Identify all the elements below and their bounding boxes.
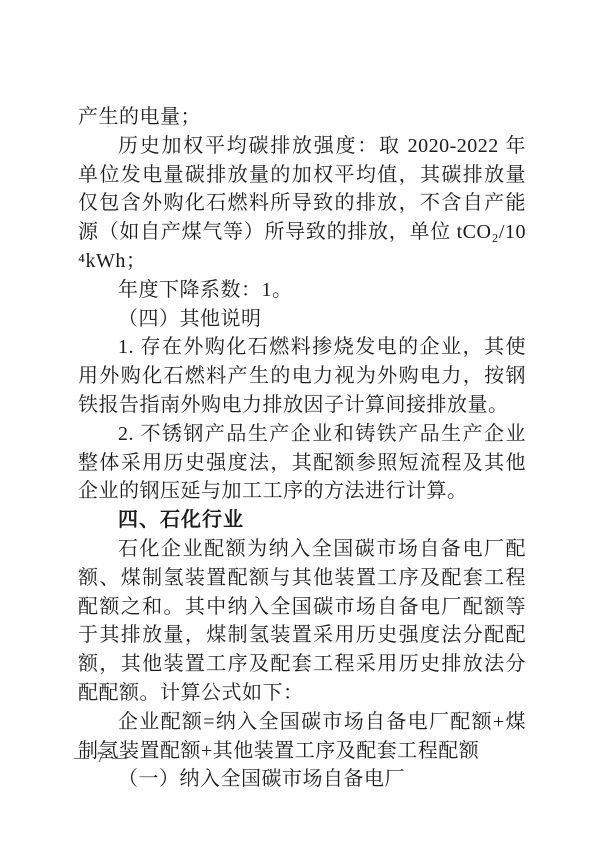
document-body: 产生的电量；历史加权平均碳排放强度：取 2020-2022 年单位发电量碳排放量… bbox=[78, 103, 526, 794]
paragraph-body: 历史加权平均碳排放强度：取 2020-2022 年单位发电量碳排放量的加权平均值… bbox=[78, 132, 526, 276]
paragraph-body: 年度下降系数：1。 bbox=[78, 276, 526, 305]
paragraph-body: 产生的电量； bbox=[78, 103, 526, 132]
paragraph-body: 企业配额=纳入全国碳市场自备电厂配额+煤制氢装置配额+其他装置工序及配套工程配额 bbox=[78, 708, 526, 766]
paragraph-subheading: （一）纳入全国碳市场自备电厂 bbox=[78, 765, 526, 794]
paragraph-body: 2. 不锈钢产品生产企业和铸铁产品生产企业整体采用历史强度法，其配额参照短流程及… bbox=[78, 420, 526, 506]
document-page: 产生的电量；历史加权平均碳排放强度：取 2020-2022 年单位发电量碳排放量… bbox=[0, 0, 600, 848]
paragraph-body: 石化企业配额为纳入全国碳市场自备电厂配额、煤制氢装置配额与其他装置工序及配套工程… bbox=[78, 535, 526, 708]
paragraph-subheading: （四）其他说明 bbox=[78, 305, 526, 334]
paragraph-body: 1. 存在外购化石燃料掺烧发电的企业，其使用外购化石燃料产生的电力视为外购电力，… bbox=[78, 333, 526, 419]
paragraph-heading: 四、石化行业 bbox=[78, 506, 526, 535]
page-number: — 7 — bbox=[74, 750, 129, 767]
